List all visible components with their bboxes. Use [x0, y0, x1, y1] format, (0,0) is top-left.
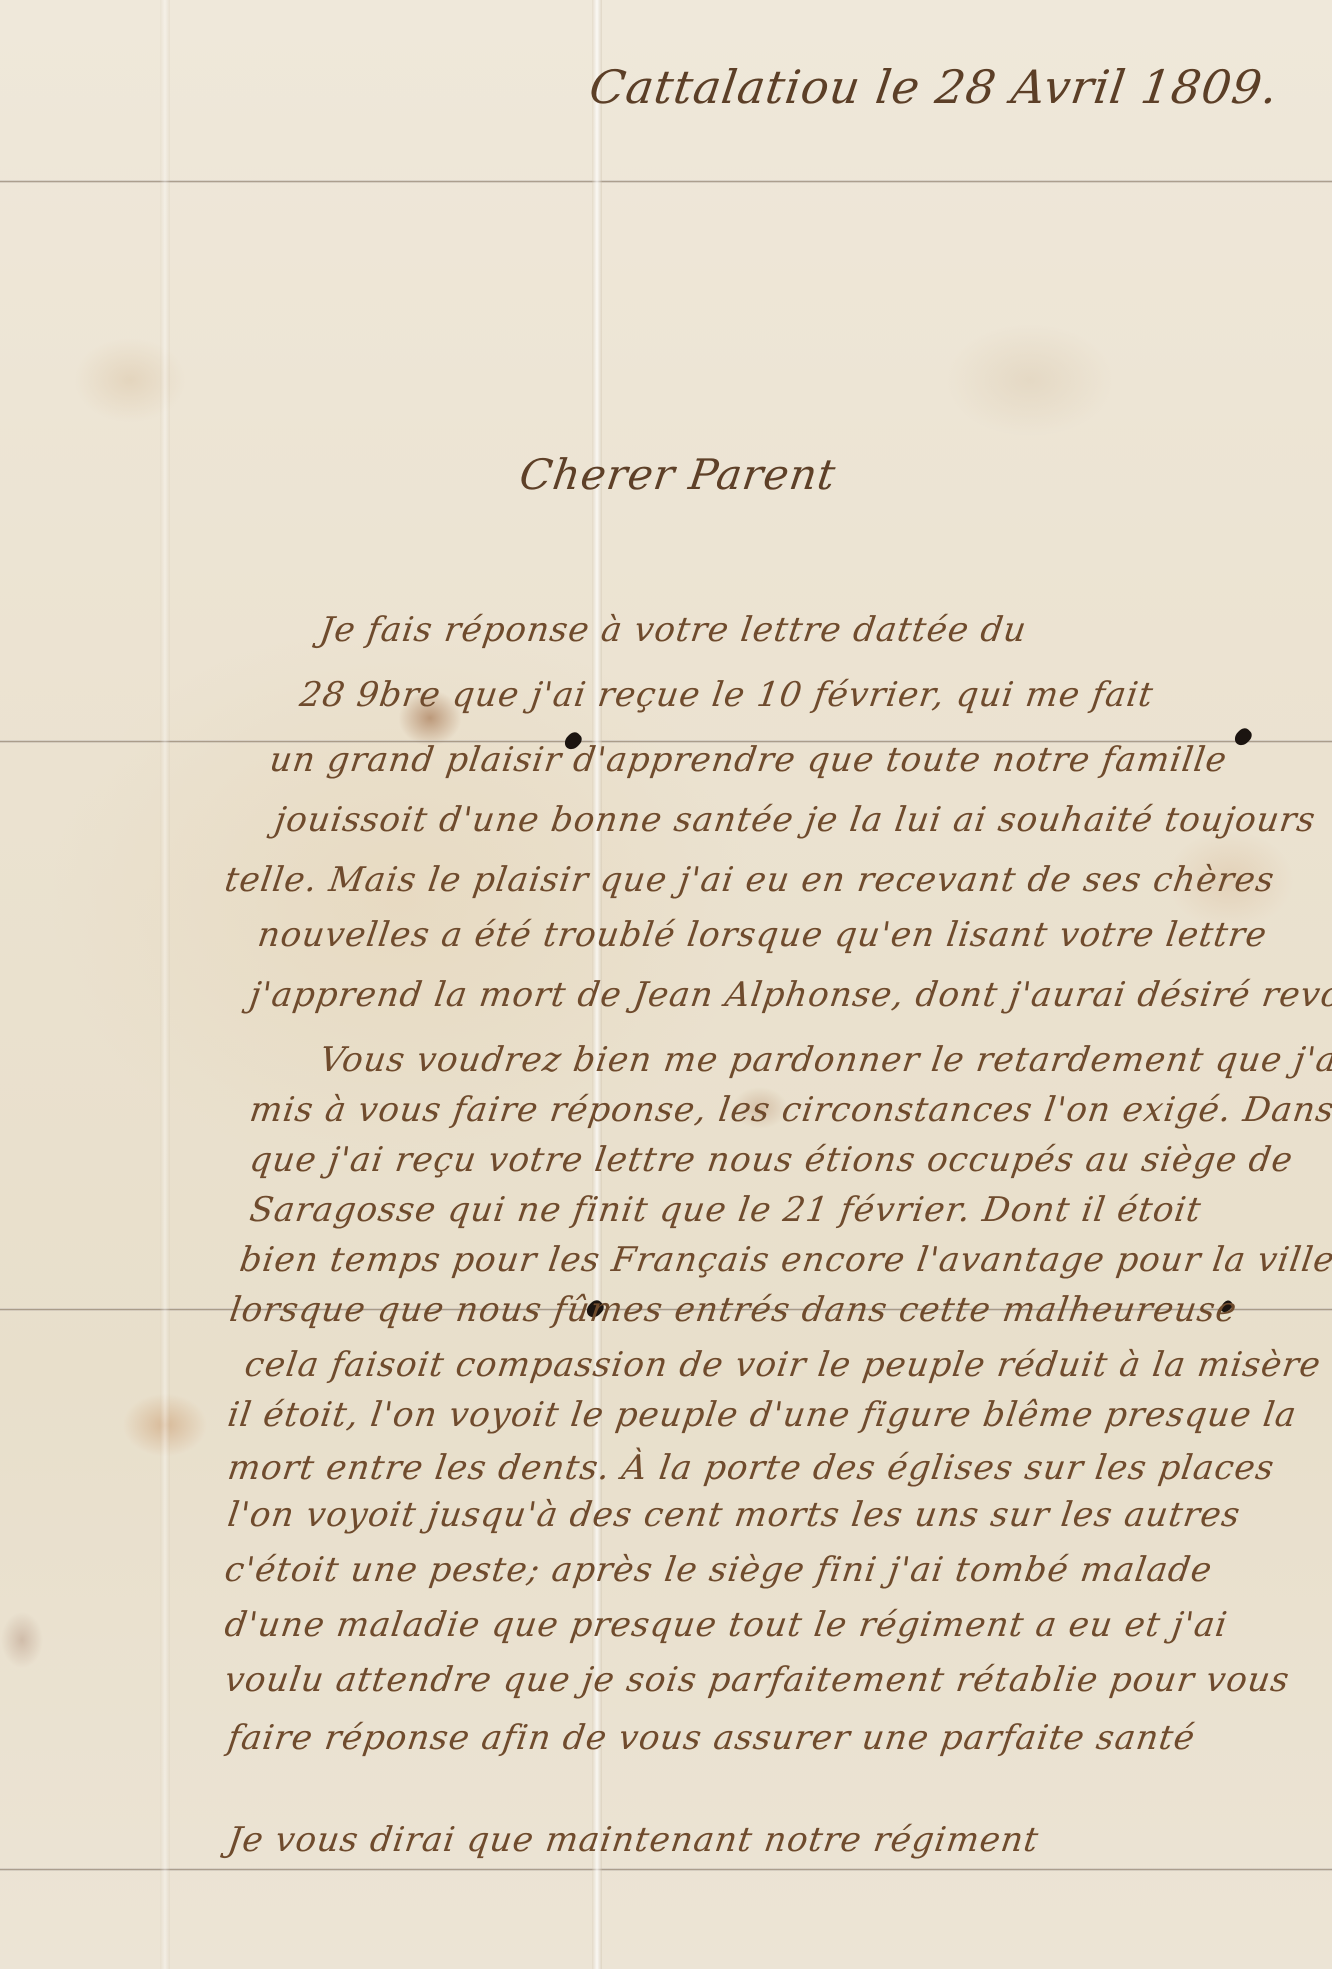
- body-line-12: bien temps pour les Français encore l'av…: [237, 1240, 1332, 1280]
- fold-crease-top: [0, 180, 1332, 183]
- body-line-11: Saragosse qui ne finit que le 21 février…: [247, 1190, 1204, 1230]
- body-line-8: Vous voudrez bien me pardonner le retard…: [317, 1040, 1332, 1080]
- body-line-15: il étoit, l'on voyoit le peuple d'une fi…: [225, 1395, 1299, 1435]
- body-line-18: c'étoit une peste; après le siège fini j…: [222, 1550, 1215, 1590]
- body-line-5: telle. Mais le plaisir que j'ai eu en re…: [222, 860, 1277, 900]
- fold-crease-left: [160, 0, 170, 1969]
- body-line-17: l'on voyoit jusqu'à des cent morts les u…: [225, 1495, 1243, 1535]
- body-line-13: lorsque que nous fûmes entrés dans cette…: [227, 1290, 1240, 1330]
- body-line-9: mis à vous faire réponse, les circonstan…: [247, 1090, 1332, 1130]
- body-line-22: Je vous dirai que maintenant notre régim…: [225, 1820, 1041, 1860]
- body-line-10: que j'ai reçu votre lettre nous étions o…: [247, 1140, 1296, 1180]
- body-line-7: j'apprend la mort de Jean Alphonse, dont…: [247, 975, 1332, 1015]
- body-line-21: faire réponse afin de vous assurer une p…: [225, 1718, 1198, 1758]
- letter-page: Cattalatiou le 28 Avril 1809. Cherer Par…: [0, 0, 1332, 1969]
- salutation: Cherer Parent: [517, 450, 840, 499]
- dateline: Cattalatiou le 28 Avril 1809.: [586, 60, 1282, 114]
- body-line-20: voulu attendre que je sois parfaitement …: [222, 1660, 1292, 1700]
- body-line-6: nouvelles a été troublé lorsque qu'en li…: [255, 915, 1270, 955]
- body-line-1: Je fais réponse à votre lettre dattée du: [317, 610, 1029, 650]
- body-line-3: un grand plaisir d'apprendre que toute n…: [267, 740, 1230, 780]
- body-line-2: 28 9bre que j'ai reçue le 10 février, qu…: [297, 675, 1156, 715]
- body-line-14: cela faisoit compassion de voir le peupl…: [242, 1345, 1332, 1385]
- body-line-19: d'une maladie que presque tout le régime…: [222, 1605, 1230, 1645]
- body-line-16: mort entre les dents. À la porte des égl…: [225, 1448, 1277, 1488]
- fold-crease-bottom: [0, 1868, 1332, 1871]
- body-line-4: jouissoit d'une bonne santée je la lui a…: [272, 800, 1318, 840]
- fold-hole-upper-right: [1232, 726, 1255, 749]
